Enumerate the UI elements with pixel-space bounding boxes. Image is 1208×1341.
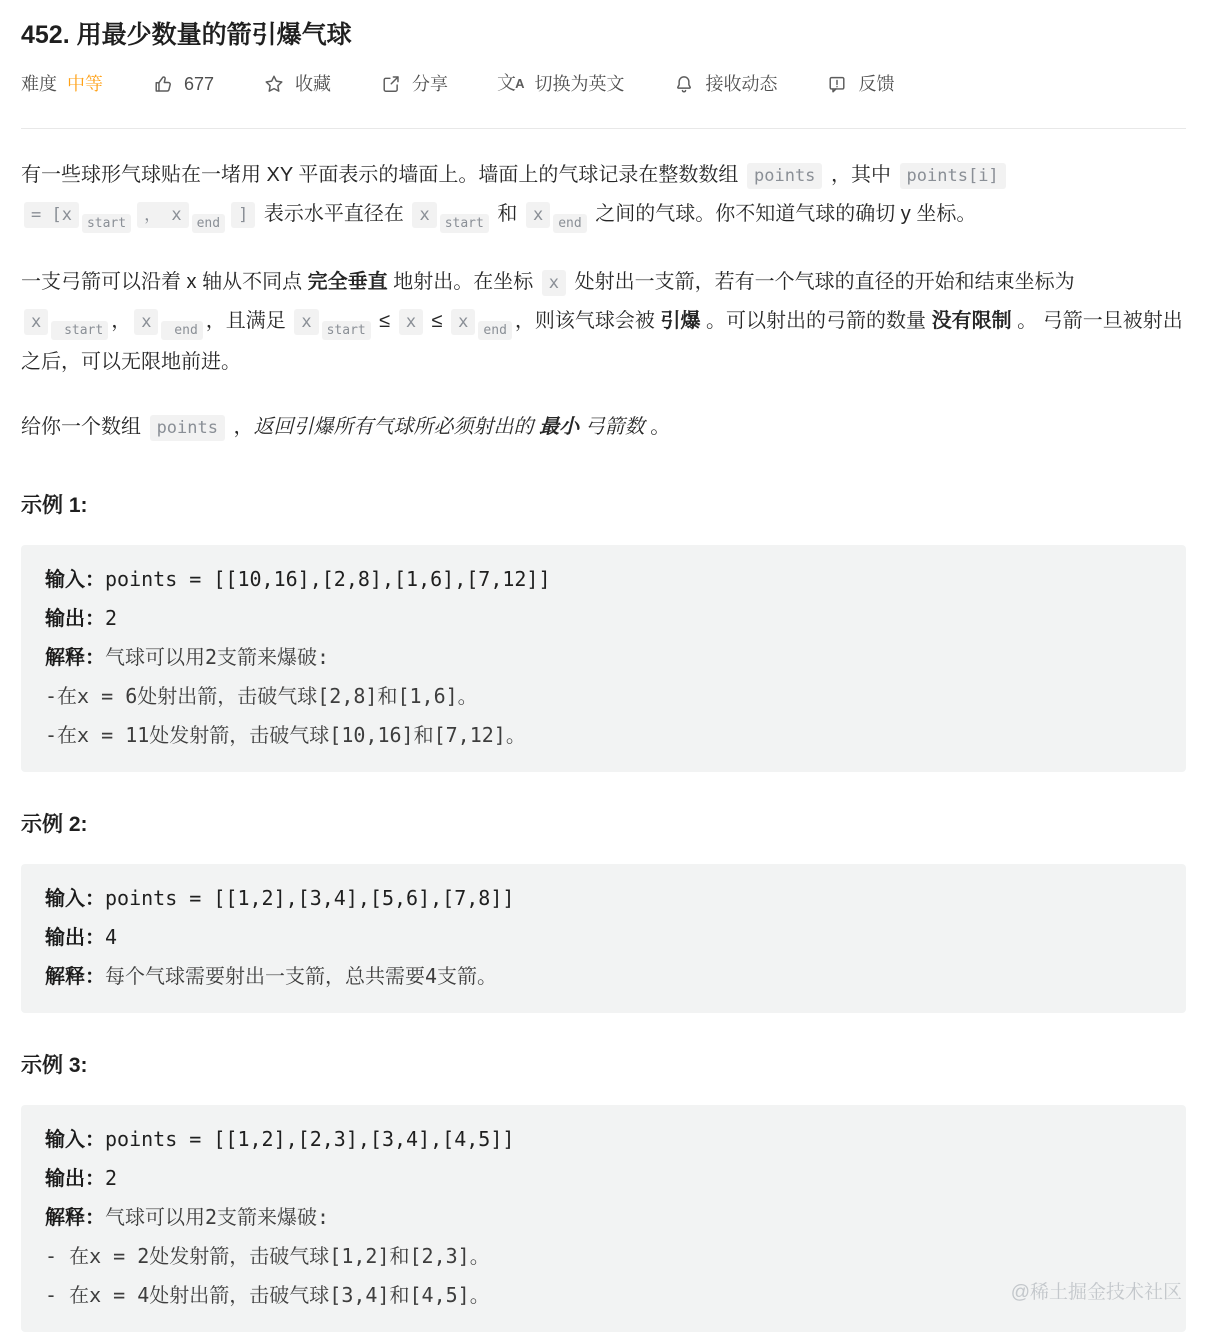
text-segment: -在x = 6处射出箭，击破气球[2,8]和[1,6]。 bbox=[45, 684, 478, 708]
text-segment: 2 bbox=[105, 1166, 117, 1190]
text-segment: ， x bbox=[137, 202, 188, 228]
text-segment: 解释： bbox=[45, 1205, 105, 1229]
feedback-bubble-icon bbox=[826, 73, 848, 95]
text-segment: ， bbox=[228, 416, 254, 438]
text-segment: 。 bbox=[645, 416, 671, 438]
text-segment: ， bbox=[111, 310, 131, 332]
text-segment: end bbox=[192, 214, 225, 233]
switch-language-button[interactable]: 文A 切换为英文 bbox=[497, 72, 624, 96]
example-line: -在x = 6处射出箭，击破气球[2,8]和[1,6]。 bbox=[45, 677, 1162, 716]
text-segment: start bbox=[51, 321, 108, 340]
text-segment: 输出： bbox=[45, 606, 105, 630]
example-heading: 示例 1: bbox=[21, 493, 1186, 519]
example-line: 输入：points = [[10,16],[2,8],[1,6],[7,12]] bbox=[45, 560, 1162, 599]
text-segment: - 在x = 4处射出箭，击破气球[3,4]和[4,5]。 bbox=[45, 1283, 490, 1307]
text-segment: 一支弓箭可以沿着 x 轴从不同点 bbox=[21, 271, 308, 293]
text-segment: 解释： bbox=[45, 645, 105, 669]
text-segment: points[i] bbox=[900, 163, 1006, 189]
text-segment: 解释： bbox=[45, 964, 105, 988]
text-segment: ，其中 bbox=[825, 164, 896, 186]
text-segment: start bbox=[82, 214, 131, 233]
share-label: 分享 bbox=[412, 72, 448, 96]
text-segment: 之间的气球。你不知道气球的确切 y 坐标。 bbox=[590, 203, 977, 225]
text-segment: x bbox=[24, 309, 48, 335]
difficulty: 难度 中等 bbox=[21, 72, 103, 96]
text-segment: 输出： bbox=[45, 925, 105, 949]
text-segment: 有一些球形气球贴在一堵用 XY 平面表示的墙面上。墙面上的气球记录在整数数组 bbox=[21, 164, 744, 186]
share-button[interactable]: 分享 bbox=[380, 72, 448, 96]
text-segment: x bbox=[399, 309, 423, 335]
example-section: 示例 1: 输入：points = [[10,16],[2,8],[1,6],[… bbox=[21, 493, 1186, 772]
example-block: 输入：points = [[1,2],[3,4],[5,6],[7,8]]输出：… bbox=[21, 864, 1186, 1013]
text-segment: 表示水平直径在 bbox=[258, 203, 409, 225]
example-line: 解释：气球可以用2支箭来爆破: bbox=[45, 638, 1162, 677]
examples-section: 示例 1: 输入：points = [[10,16],[2,8],[1,6],[… bbox=[21, 493, 1186, 1332]
text-segment: ，且满足 bbox=[206, 310, 292, 332]
example-line: -在x = 11处发射箭，击破气球[10,16]和[7,12]。 bbox=[45, 716, 1162, 755]
problem-paragraph-1: 有一些球形气球贴在一堵用 XY 平面表示的墙面上。墙面上的气球记录在整数数组 p… bbox=[21, 156, 1186, 236]
feedback-button[interactable]: 反馈 bbox=[826, 72, 894, 96]
star-icon bbox=[263, 73, 285, 95]
example-section: 示例 2: 输入：points = [[1,2],[3,4],[5,6],[7,… bbox=[21, 812, 1186, 1013]
watermark: @稀土掘金技术社区 bbox=[1011, 1282, 1182, 1304]
text-segment: x bbox=[134, 309, 158, 335]
text-segment: = [x bbox=[24, 202, 79, 228]
subscribe-label: 接收动态 bbox=[705, 72, 777, 96]
example-line: 输入：points = [[1,2],[3,4],[5,6],[7,8]] bbox=[45, 879, 1162, 918]
text-segment: 气球可以用2支箭来爆破: bbox=[105, 645, 329, 669]
example-line: - 在x = 2处发射箭，击破气球[1,2]和[2,3]。 bbox=[45, 1237, 1162, 1276]
example-line: - 在x = 4处射出箭，击破气球[3,4]和[4,5]。 bbox=[45, 1276, 1162, 1315]
text-segment: x bbox=[526, 202, 550, 228]
text-segment: start bbox=[440, 214, 489, 233]
text-segment: 处射出一支箭，若有一个气球的直径的开始和结束坐标为 bbox=[569, 271, 1075, 293]
text-segment: 引爆 bbox=[660, 310, 700, 332]
text-segment: end bbox=[553, 214, 586, 233]
text-segment: -在x = 11处发射箭，击破气球[10,16]和[7,12]。 bbox=[45, 723, 526, 747]
example-heading: 示例 2: bbox=[21, 812, 1186, 838]
text-segment: 输出： bbox=[45, 1166, 105, 1190]
like-button[interactable]: 677 bbox=[152, 72, 214, 96]
difficulty-label: 难度 bbox=[21, 72, 57, 96]
text-segment: ] bbox=[231, 202, 255, 228]
page-title: 452. 用最少数量的箭引爆气球 bbox=[21, 20, 1186, 50]
like-count: 677 bbox=[184, 72, 214, 96]
text-segment: points = [[1,2],[3,4],[5,6],[7,8]] bbox=[105, 886, 514, 910]
text-segment: points = [[1,2],[2,3],[3,4],[4,5]] bbox=[105, 1127, 514, 1151]
text-segment: 和 bbox=[492, 203, 523, 225]
text-segment: points = [[10,16],[2,8],[1,6],[7,12]] bbox=[105, 567, 551, 591]
example-block: 输入：points = [[10,16],[2,8],[1,6],[7,12]]… bbox=[21, 545, 1186, 772]
text-segment: 每个气球需要射出一支箭，总共需要4支箭。 bbox=[105, 964, 497, 988]
example-line: 输入：points = [[1,2],[2,3],[3,4],[4,5]] bbox=[45, 1120, 1162, 1159]
text-segment: points bbox=[150, 415, 225, 441]
text-segment: ，则该气球会被 bbox=[515, 310, 661, 332]
text-segment: ≤ bbox=[426, 310, 448, 332]
example-line: 输出：2 bbox=[45, 599, 1162, 638]
text-segment: 弓箭数 bbox=[579, 416, 645, 438]
text-segment: - 在x = 2处发射箭，击破气球[1,2]和[2,3]。 bbox=[45, 1244, 490, 1268]
subscribe-button[interactable]: 接收动态 bbox=[673, 72, 777, 96]
thumbs-up-icon bbox=[152, 73, 174, 95]
problem-page: 452. 用最少数量的箭引爆气球 难度 中等 677 收藏 bbox=[0, 0, 1208, 1332]
text-segment: ≤ bbox=[374, 310, 396, 332]
text-segment: x bbox=[294, 309, 318, 335]
feedback-label: 反馈 bbox=[858, 72, 894, 96]
problem-paragraph-3: 给你一个数组 points ，返回引爆所有气球所必须射出的 最小 弓箭数 。 bbox=[21, 408, 1186, 447]
text-segment: start bbox=[322, 321, 371, 340]
text-segment: end bbox=[161, 321, 202, 340]
bell-icon bbox=[673, 73, 695, 95]
favorite-label: 收藏 bbox=[295, 72, 331, 96]
text-segment: x bbox=[451, 309, 475, 335]
text-segment: x bbox=[542, 270, 566, 296]
text-segment: end bbox=[478, 321, 511, 340]
example-line: 输出：4 bbox=[45, 918, 1162, 957]
text-segment: 4 bbox=[105, 925, 117, 949]
example-line: 输出：2 bbox=[45, 1159, 1162, 1198]
translate-icon: 文A bbox=[497, 73, 524, 95]
text-segment: 完全垂直 bbox=[308, 271, 388, 293]
text-segment: 返回引爆所有气球所必须射出的 bbox=[254, 416, 540, 438]
example-heading: 示例 3: bbox=[21, 1053, 1186, 1079]
text-segment: 最小 bbox=[539, 416, 579, 438]
share-icon bbox=[380, 73, 402, 95]
text-segment: 给你一个数组 bbox=[21, 416, 147, 438]
meta-toolbar: 难度 中等 677 收藏 bbox=[21, 72, 1186, 96]
text-segment: 输入： bbox=[45, 1127, 105, 1151]
text-segment: x bbox=[412, 202, 436, 228]
favorite-button[interactable]: 收藏 bbox=[263, 72, 331, 96]
text-segment: 。可以射出的弓箭的数量 bbox=[700, 310, 931, 332]
divider bbox=[21, 128, 1186, 129]
text-segment: points bbox=[747, 163, 822, 189]
text-segment: 输入： bbox=[45, 567, 105, 591]
text-segment: 没有限制 bbox=[932, 310, 1012, 332]
text-segment: 2 bbox=[105, 606, 117, 630]
switch-language-label: 切换为英文 bbox=[534, 72, 624, 96]
example-line: 解释：气球可以用2支箭来爆破: bbox=[45, 1198, 1162, 1237]
problem-paragraph-2: 一支弓箭可以沿着 x 轴从不同点 完全垂直 地射出。在坐标 x 处射出一支箭，若… bbox=[21, 263, 1186, 381]
text-segment: 地射出。在坐标 bbox=[388, 271, 539, 293]
text-segment: 输入： bbox=[45, 886, 105, 910]
example-line: 解释：每个气球需要射出一支箭，总共需要4支箭。 bbox=[45, 957, 1162, 996]
text-segment: 气球可以用2支箭来爆破: bbox=[105, 1205, 329, 1229]
difficulty-badge: 中等 bbox=[67, 72, 103, 96]
